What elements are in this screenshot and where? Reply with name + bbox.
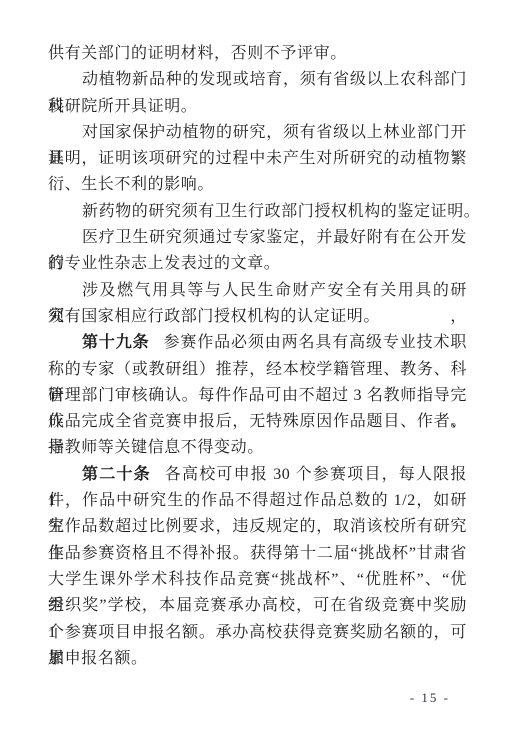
text-line: 加申报名额。 (48, 646, 467, 672)
text-line: 大学生课外学术科技作品竞赛“挑战杯”、“优胜杯”、“优秀 (48, 567, 467, 593)
text-line: 新药物的研究须有卫生行政部门授权机构的鉴定证明。 (48, 199, 467, 225)
text-line: 的专业性杂志上发表过的文章。 (48, 251, 467, 277)
text-line: 第十九条参赛作品必须由两名具有高级专业技术职 (48, 330, 467, 356)
text-line: 作品参赛资格且不得补报。获得第十二届“挑战杯”甘肃省 (48, 541, 467, 567)
text-line: 科研院所开具证明。 (48, 94, 467, 120)
article-number: 第二十条 (82, 466, 151, 483)
text-line: 件，作品中研究生的作品不得超过作品总数的 1/2，如研究 (48, 488, 467, 514)
document-body: 供有关部门的证明材料，否则不予评审。 动植物新品种的发现或培育，须有省级以上农科… (48, 41, 467, 672)
text-line: 称的专家（或教研组）推荐，经本校学籍管理、教务、科研 (48, 357, 467, 383)
text-line: 导教师等关键信息不得变动。 (48, 435, 467, 461)
text-line: 供有关部门的证明材料，否则不予评审。 (48, 41, 467, 67)
text-line: 涉及燃气用具等与人民生命财产安全有关用具的研究， (48, 278, 467, 304)
text-line: 第二十条各高校可申报 30 个参赛项目，每人限报 1 (48, 462, 467, 488)
article-number: 第十九条 (82, 334, 150, 351)
text-line: 衍、生长不利的影响。 (48, 172, 467, 198)
text-line: 证明，证明该项研究的过程中未产生对所研究的动植物繁 (48, 146, 467, 172)
text-line: 医疗卫生研究须通过专家鉴定，并最好附有在公开发行 (48, 225, 467, 251)
text-line: 对国家保护动植物的研究，须有省级以上林业部门开具 (48, 120, 467, 146)
text-line: 组织奖”学校，本届竞赛承办高校，可在省级竞赛中奖励 1 (48, 593, 467, 619)
text-line: 作品完成全省竞赛申报后，无特殊原因作品题目、作者、指 (48, 409, 467, 435)
article-text: 参赛作品必须由两名具有高级专业技术职 (164, 334, 467, 351)
document-page: 供有关部门的证明材料，否则不予评审。 动植物新品种的发现或培育，须有省级以上农科… (0, 0, 514, 733)
text-line: 生作品数超过比例要求，违反规定的，取消该校所有研究生 (48, 514, 467, 540)
text-line: 个参赛项目申报名额。承办高校获得竞赛奖励名额的，可累 (48, 620, 467, 646)
text-line: 管理部门审核确认。每件作品可由不超过 3 名教师指导完成。 (48, 383, 467, 409)
page-number: - 15 - (410, 690, 450, 706)
text-line: 动植物新品种的发现或培育，须有省级以上农科部门或 (48, 67, 467, 93)
